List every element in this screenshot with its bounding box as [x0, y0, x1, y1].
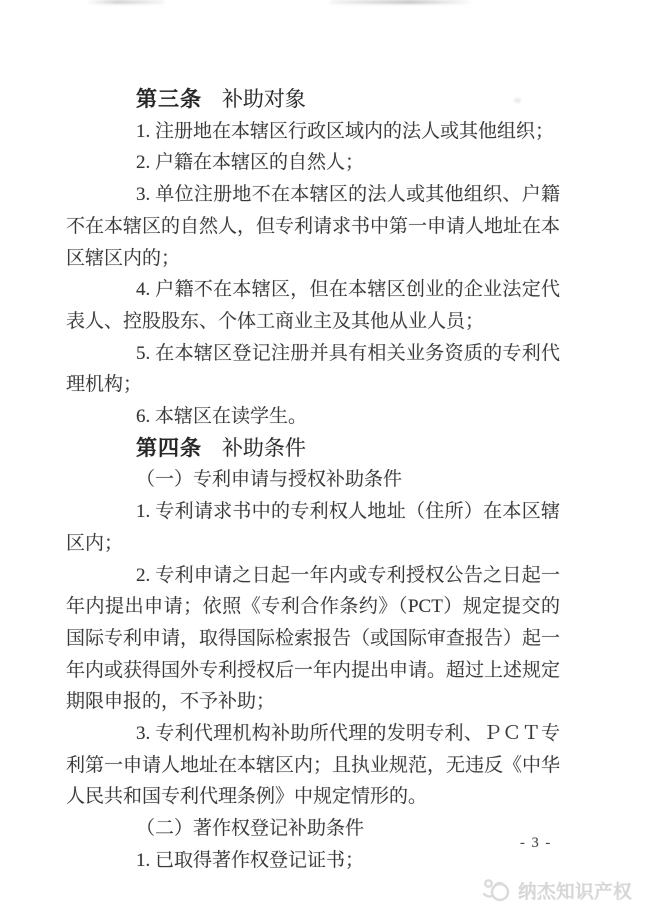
scan-artifact-streak: [330, 0, 475, 4]
brand-watermark: 纳杰知识产权: [481, 877, 632, 905]
document-body: 第三条补助对象1. 注册地在本辖区行政区域内的法人或其他组织；2. 户籍在本辖区…: [66, 84, 560, 877]
paragraph: 2. 户籍在本辖区的自然人；: [66, 147, 560, 179]
scanned-page: 第三条补助对象1. 注册地在本辖区行政区域内的法人或其他组织；2. 户籍在本辖区…: [0, 0, 649, 919]
paragraph: 5. 在本辖区登记注册并具有相关业务资质的专利代理机构；: [66, 338, 560, 401]
article-heading: 第三条补助对象: [66, 84, 560, 116]
najie-mascot-icon: [481, 877, 513, 905]
article-title: 补助对象: [222, 87, 306, 111]
paragraph: 3. 单位注册地不在本辖区的法人或其他组织、户籍不在本辖区的自然人，但专利请求书…: [66, 179, 560, 274]
paragraph: （一）专利申请与授权补助条件: [66, 464, 560, 496]
paragraph: 1. 已取得著作权登记证书；: [66, 845, 560, 877]
article-term: 第三条: [136, 88, 202, 111]
page-number: - 3 -: [520, 835, 552, 852]
paragraph: 1. 注册地在本辖区行政区域内的法人或其他组织；: [66, 116, 560, 148]
brand-name: 纳杰知识产权: [518, 878, 632, 904]
article-heading: 第四条补助条件: [66, 433, 560, 465]
paragraph: 2. 专利申请之日起一年内或专利授权公告之日起一年内提出申请；依照《专利合作条约…: [66, 560, 560, 719]
article-title: 补助条件: [222, 436, 306, 460]
paragraph: 6. 本辖区在读学生。: [66, 401, 560, 433]
article-term: 第四条: [136, 437, 202, 460]
paragraph: 3. 专利代理机构补助所代理的发明专利、ＰＣＴ专利第一申请人地址在本辖区内；且执…: [66, 718, 560, 813]
scan-artifact-streak: [86, 0, 164, 4]
paragraph: 4. 户籍不在本辖区，但在本辖区创业的企业法定代表人、控股股东、个体工商业主及其…: [66, 274, 560, 337]
paragraph: （二）著作权登记补助条件: [66, 813, 560, 845]
paragraph: 1. 专利请求书中的专利权人地址（住所）在本区辖区内；: [66, 496, 560, 559]
